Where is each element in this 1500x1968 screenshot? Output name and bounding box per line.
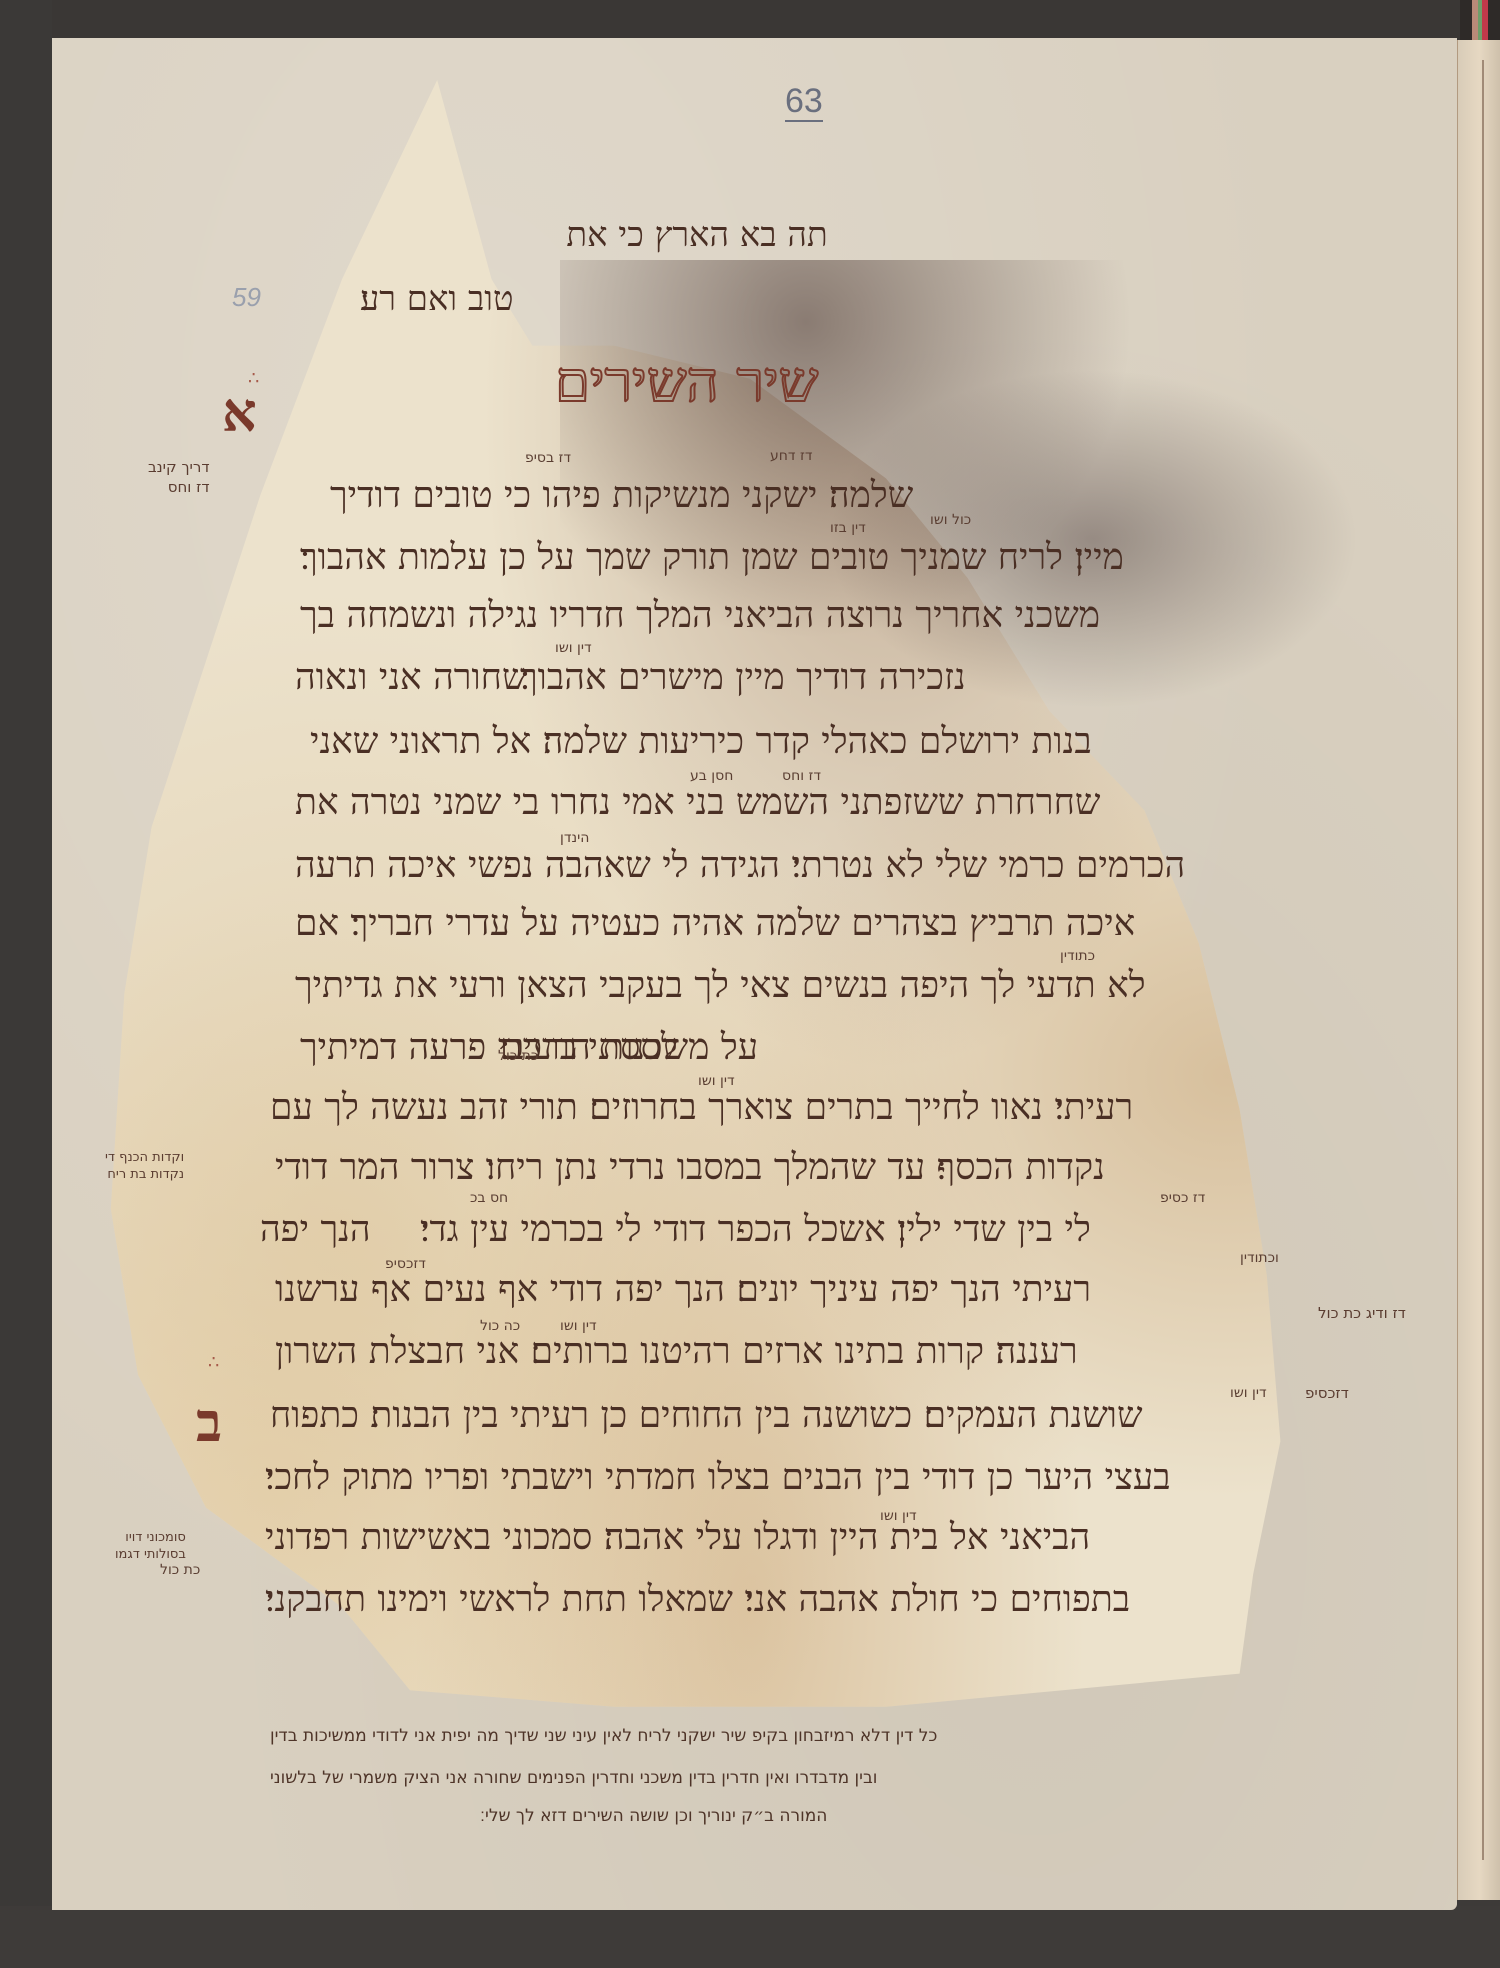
interlinear-gloss: כת כול [160, 1562, 200, 1578]
margin-note-right: דז ודיג כת כול [1318, 1304, 1406, 1324]
text-line-13b: הנך יפה [260, 1212, 371, 1248]
adjacent-leaf-edge [1457, 40, 1500, 1900]
interlinear-gloss: דין ושו [560, 1318, 597, 1334]
scanner-background-left [0, 0, 52, 1968]
chapter-ornament-dots: ∴ [208, 1352, 221, 1373]
margin-note-line: דז וחס [148, 478, 210, 498]
footnote-line-1: כל דין דלא רמיזבחון בקיפ שיר ישקני לריח … [270, 1726, 937, 1746]
scanner-background-top [0, 0, 1500, 40]
binding-thread [1460, 0, 1500, 40]
text-line-17: בעצי היער כן דודי בין הבנים בצלו חמדתי ו… [265, 1460, 1171, 1496]
text-line-2: מיין׃ לריח שמניך טובים שמן תורק שמך על כ… [300, 540, 1124, 576]
text-line-4: נזכירה דודיך מיין מישרים אהבוך׃ [520, 660, 966, 696]
interlinear-gloss: דזכסיפ [385, 1256, 426, 1272]
text-line-19: בתפוחים כי חולת אהבה אני׃ שמאלו תחת לראש… [265, 1582, 1130, 1618]
scanner-background-bottom [0, 1906, 1500, 1968]
margin-note-right: דזכסיפ [1305, 1384, 1349, 1404]
old-folio-number: 59 [232, 282, 261, 313]
margin-note-left: דריך קינב דז וחס [148, 458, 210, 497]
interlinear-gloss: דין ושו [698, 1073, 735, 1089]
interlinear-gloss: כתודין [1060, 948, 1095, 964]
interlinear-gloss: כת כול [498, 1048, 538, 1064]
text-line-7: הכרמים כרמי שלי לא נטרתי׃ הגידה לי שאהבה… [295, 848, 1185, 884]
text-line-5: בנות ירושלם כאהלי קדר כיריעות שלמה׃ אל ת… [310, 724, 1092, 760]
text-line-13: לי בין שדי ילין׃ אשכל הכפר דודי לי בכרמי… [420, 1212, 1091, 1248]
margin-note-line: דריך קינב [148, 458, 210, 478]
margin-note-line: וקדות הכנף די [105, 1150, 184, 1167]
footnote-line-3: המורה ב״ק ינוריך וכן שושה השירים דזא לך … [480, 1806, 827, 1826]
chapter-mark-bet: ב [196, 1390, 222, 1454]
margin-note-left: וקדות הכנף די נקדות בת ריח [105, 1150, 184, 1184]
margin-note-left: סומכוני דויו בסולותי דגמו [115, 1530, 186, 1564]
interlinear-gloss: חסן בע [690, 768, 733, 784]
interlinear-gloss: הינדן [560, 830, 589, 846]
footnote-line-2: ובין מדבדרו ואין חדרין בדין משכני וחדרין… [270, 1768, 877, 1788]
text-line-3: משכני אחריך נרוצה הביאני המלך חדריו נגיל… [300, 598, 1100, 634]
text-line-18: הביאני אל בית היין ודגלו עלי אהבה׃ סמכונ… [265, 1520, 1090, 1556]
text-line-9: לא תדעי לך היפה בנשים צאי לך בעקבי הצאן … [295, 968, 1146, 1004]
interlinear-gloss: דז בסיפ [525, 450, 571, 466]
interlinear-gloss: דין ושו [1230, 1385, 1267, 1401]
text-line-6: שחרחרת ששזפתני השמש בני אמי נחרו בי שמני… [295, 785, 1100, 821]
text-line-15: רעננה׃ קרות בתינו ארזים רהיטנו ברותים׃ א… [275, 1334, 1078, 1370]
margin-note-line: סומכוני דויו [115, 1530, 186, 1547]
page-fold-line [1482, 60, 1484, 1860]
interlinear-gloss: וכתודין [1240, 1250, 1279, 1266]
text-line-12: נקדות הכסף׃ עד שהמלך במסבו נרדי נתן ריחו… [275, 1150, 1105, 1186]
book-title: שיר השירים [555, 350, 818, 415]
margin-note-line: בסולותי דגמו [115, 1547, 186, 1564]
interlinear-gloss: כול ושו [930, 512, 971, 528]
margin-note-line: דז ודיג כת כול [1318, 1304, 1406, 1324]
interlinear-gloss: דין ושו [880, 1508, 917, 1524]
text-line-16: שושנת העמקים׃ כשושנה בין החוחים כן רעיתי… [270, 1398, 1143, 1434]
text-line-1: שלמה׃ ישקני מנשיקות פיהו כי טובים דודיך [330, 478, 913, 514]
interlinear-gloss: כה כול [480, 1318, 520, 1334]
chapter-mark-aleph: א [222, 380, 257, 444]
text-line-14: רעיתי הנך יפה עיניך יונים׃ הנך יפה דודי … [275, 1272, 1091, 1308]
margin-note-line: דזכסיפ [1305, 1384, 1349, 1404]
text-line-8: איכה תרביץ בצהרים שלמה אהיה כעטיה על עדר… [295, 906, 1135, 942]
interlinear-gloss: דז וחס [782, 768, 821, 784]
text-line-11: רעיתי׃ נאוו לחייך בתרים צוארך בחרוזים׃ ת… [270, 1090, 1133, 1126]
text-line-4b: שחורה אני ונאוה [295, 660, 527, 696]
folio-number: 63 [785, 84, 823, 122]
interlinear-gloss: דז דחע [770, 448, 813, 464]
interlinear-gloss: חס בכ [470, 1190, 508, 1206]
interlinear-gloss: דין ושו [555, 640, 592, 656]
interlinear-gloss: דז כסיפ [1160, 1190, 1205, 1206]
margin-note-line: נקדות בת ריח [105, 1167, 184, 1184]
text-line-10b: לססתי ברכבי פרעה דמיתיך [300, 1030, 678, 1066]
fragment-line-2: טוב ואם רע׃ [360, 282, 514, 316]
interlinear-gloss: דין בזו [830, 520, 866, 536]
fragment-line-1: תה בא הארץ כי את [566, 218, 827, 252]
